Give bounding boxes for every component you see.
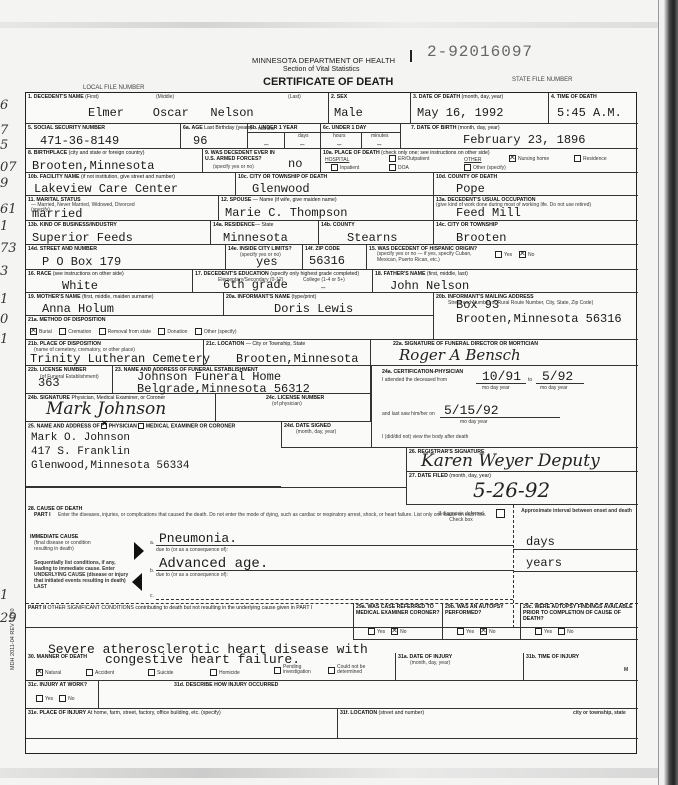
margin-note: 3 bbox=[0, 264, 8, 279]
field-date-of-injury[interactable]: 31a. DATE OF INJURY (month, day, year) bbox=[396, 653, 524, 681]
checkbox[interactable] bbox=[148, 669, 155, 676]
state-number-stamp: 2-92016097 bbox=[427, 43, 533, 61]
due-to-label: due to (or as a consequence of): bbox=[156, 547, 228, 553]
option-residence[interactable]: Residence bbox=[574, 155, 613, 162]
option-doa[interactable]: DOA bbox=[389, 164, 415, 171]
field-race[interactable]: 16. RACE (see instructions on other side… bbox=[26, 270, 193, 293]
label: 14a. RESIDENCE— State bbox=[213, 222, 274, 228]
to-underline bbox=[536, 383, 584, 384]
line-a-letter: a. bbox=[150, 540, 154, 546]
months-label: months bbox=[258, 126, 274, 132]
manner-suicide[interactable]: Suicide bbox=[148, 669, 179, 676]
informant-value: Doris Lewis bbox=[274, 302, 353, 316]
checkbox[interactable] bbox=[389, 155, 396, 162]
label: 1. DECEDENT'S NAME (First) bbox=[28, 94, 99, 100]
checkbox[interactable] bbox=[389, 164, 396, 171]
arrow-left-icon bbox=[132, 573, 142, 591]
scanner-edge bbox=[664, 0, 678, 785]
margin-note: 0 bbox=[0, 312, 8, 327]
attended-label: I attended the deceased from bbox=[382, 377, 447, 383]
label: 20a. INFORMANT'S NAME (type/print) bbox=[226, 294, 316, 300]
field-injury-description[interactable]: 31d. DESCRIBE HOW INJURY OCCURRED bbox=[99, 681, 638, 709]
zip-value: 56316 bbox=[309, 254, 345, 268]
last-seen-value: 5/15/92 bbox=[444, 403, 499, 418]
field-informant-name[interactable]: 20a. INFORMANT'S NAME (type/print) Doris… bbox=[224, 293, 434, 316]
field-physician-signature[interactable]: 24b. SIGNATURE Physician, Medical Examin… bbox=[26, 394, 216, 422]
spouse-value: Marie C. Thompson bbox=[225, 206, 347, 220]
label: 10d. COUNTY OF DEATH bbox=[436, 174, 497, 180]
field-manner-of-death[interactable]: 30. MANNER OF DEATH Natural Accident Sui… bbox=[26, 653, 396, 681]
date-of-death-value: May 16, 1992 bbox=[417, 106, 503, 120]
city-hint: city or township, state bbox=[573, 710, 626, 716]
field-armed-forces[interactable]: 9. WAS DECEDENT EVER IN U.S. ARMED FORCE… bbox=[203, 149, 321, 173]
informant-address-line1: Box 93 bbox=[456, 298, 499, 312]
interval-label: Approximate interval between onset and d… bbox=[519, 508, 634, 514]
manner-pending[interactable]: Pending investigation bbox=[274, 665, 323, 675]
part1-instructions: Enter the diseases, injuries, or complic… bbox=[58, 512, 488, 518]
margin-note: 9 bbox=[0, 176, 8, 191]
field-age[interactable]: 6a. AGE Last Birthday (years) 96 bbox=[181, 124, 248, 149]
findings-options: YesNo bbox=[535, 628, 580, 635]
scan-streak-top bbox=[0, 22, 678, 28]
occupation-value: Feed Mill bbox=[456, 206, 521, 220]
field-under-1-day[interactable]: 6c. UNDER 1 DAY hours minutes – – bbox=[321, 124, 401, 149]
field-father[interactable]: 18. FATHER'S NAME (first, middle, last) … bbox=[373, 270, 638, 293]
hospital-label: HOSPITAL bbox=[325, 157, 349, 163]
field-registrar-signature[interactable]: 26. REGISTRAR'S SIGNATURE Karen Weyer De… bbox=[406, 448, 638, 472]
place-of-disposition-value: Trinity Lutheran Cemetery bbox=[30, 352, 210, 366]
label: 14b. COUNTY bbox=[321, 222, 355, 228]
minutes-value: – bbox=[377, 140, 381, 149]
option-other[interactable]: Other (specify) bbox=[464, 164, 512, 171]
margin-note: 07 bbox=[0, 160, 17, 175]
college-value: – bbox=[321, 283, 325, 292]
label: 31c. INJURY AT WORK? bbox=[28, 682, 87, 688]
manner-homicide[interactable]: Homicide bbox=[210, 669, 246, 676]
label: 18. FATHER'S NAME (first, middle, last) bbox=[375, 271, 468, 277]
field-referred-to-me[interactable]: 29a. WAS CASE REFERRED TO MEDICAL EXAMIN… bbox=[353, 603, 443, 640]
checkbox[interactable] bbox=[274, 667, 281, 674]
disposition-options: Burial Cremation Removal from state Dona… bbox=[30, 328, 243, 335]
license-number-value: 363 bbox=[38, 376, 60, 390]
field-date-signed[interactable]: 24d. DATE SIGNED (month, day, year) bbox=[281, 422, 371, 448]
label: 4. TIME OF DEATH bbox=[551, 94, 597, 100]
death-certificate-form: 1. DECEDENT'S NAME (First) (Middle) (Las… bbox=[25, 92, 637, 754]
part1-label: PART I bbox=[34, 512, 51, 518]
residence-city-value: Brooten bbox=[456, 231, 506, 245]
view-body-label: I (did/did not) view the body after deat… bbox=[382, 434, 468, 440]
state-file-number-label: STATE FILE NUMBER bbox=[512, 77, 572, 83]
header-divider bbox=[410, 50, 412, 62]
hint: (month, day, year) bbox=[296, 429, 336, 435]
field-funeral-establishment[interactable]: 23. NAME AND ADDRESS OF FUNERAL ESTABLIS… bbox=[113, 366, 371, 394]
field-mother[interactable]: 19. MOTHER'S NAME (first, middle, maiden… bbox=[26, 293, 224, 316]
label: 21c. LOCATION — City or Township, State bbox=[206, 341, 305, 347]
minutes-label: minutes bbox=[371, 133, 389, 139]
certifier-name: Mark O. Johnson bbox=[31, 432, 130, 444]
yes-checkbox[interactable] bbox=[535, 628, 542, 635]
field-inside-city-limits[interactable]: 14e. INSIDE CITY LIMITS? (specify yes or… bbox=[226, 245, 303, 270]
yes-checkbox[interactable] bbox=[36, 695, 43, 702]
field-residence-county[interactable]: 14b. COUNTY Stearns bbox=[319, 221, 434, 245]
label: 25. NAME AND ADDRESS OF PHYSICIAN MEDICA… bbox=[28, 423, 235, 429]
education-value: 6th grade bbox=[223, 278, 288, 292]
date-filed-value: 5-26-92 bbox=[473, 478, 550, 502]
yes-checkbox[interactable] bbox=[368, 628, 375, 635]
margin-note: 6 bbox=[0, 98, 8, 113]
checkbox-checked[interactable] bbox=[509, 155, 516, 162]
date-of-birth-value: February 23, 1896 bbox=[463, 133, 585, 147]
field-informant-address[interactable]: 20b. INFORMANT'S MAILING ADDRESS Street … bbox=[434, 293, 638, 340]
label: 2. SEX bbox=[331, 94, 347, 100]
hint: (month, day, year) bbox=[410, 660, 450, 666]
autopsy-options: YesNo bbox=[457, 628, 502, 635]
option-er[interactable]: ER/Outpatient bbox=[389, 155, 435, 162]
scan-streak-bottom bbox=[0, 768, 678, 778]
label: 6a. AGE Last Birthday (years) bbox=[183, 125, 252, 131]
hours-label: hours bbox=[333, 133, 346, 139]
checkbox[interactable] bbox=[331, 164, 338, 171]
line-c bbox=[156, 599, 513, 600]
field-autopsy[interactable]: 29b. WAS AN AUTOPSY PERFORMED? YesNo bbox=[443, 603, 521, 640]
yes-checkbox[interactable] bbox=[457, 628, 464, 635]
interval-a-value: days bbox=[526, 535, 555, 549]
field-place-of-disposition[interactable]: 21b. PLACE OF DISPOSITION (name of cemet… bbox=[26, 340, 204, 366]
label: 29b. WAS AN AUTOPSY PERFORMED? bbox=[445, 604, 519, 616]
field-zip[interactable]: 14f. ZIP CODE 56316 bbox=[303, 245, 367, 270]
certifier-city: Glenwood,Minnesota 56334 bbox=[31, 460, 189, 472]
checkbox-checked[interactable] bbox=[30, 328, 37, 335]
days-label: days bbox=[298, 133, 309, 139]
label: 14c. CITY OR TOWNSHIP bbox=[436, 222, 498, 228]
margin-note: 1 bbox=[0, 292, 8, 307]
field-date-of-birth[interactable]: 7. DATE OF BIRTH (month, day, year) Febr… bbox=[401, 124, 638, 149]
field-date-of-death[interactable]: 3. DATE OF DEATH (month, day, year) May … bbox=[411, 93, 549, 124]
label: 29c. WERE AUTOPSY FINDINGS AVAILABLE PRI… bbox=[523, 604, 635, 622]
inside-city-value: yes bbox=[256, 255, 278, 269]
interval-line-b bbox=[513, 571, 638, 572]
days-value: – bbox=[300, 140, 304, 149]
manner-accident[interactable]: Accident bbox=[86, 669, 120, 676]
field-place-of-injury[interactable]: 31e. PLACE OF INJURY At home, farm, stre… bbox=[26, 709, 338, 739]
county-of-death-value: Pope bbox=[456, 182, 485, 196]
street-value: P O Box 179 bbox=[42, 255, 121, 269]
checkbox[interactable] bbox=[574, 155, 581, 162]
field-disposition-method[interactable]: 21a. METHOD OF DISPOSITION Burial Cremat… bbox=[26, 316, 434, 340]
field-birthplace[interactable]: 8. BIRTHPLACE (city and state or foreign… bbox=[26, 149, 203, 173]
age-value: 96 bbox=[193, 134, 207, 148]
field-county-of-death[interactable]: 10d. COUNTY OF DEATH Pope bbox=[434, 173, 638, 196]
field-physician-license[interactable]: 24c. LICENSE NUMBER (of physician) bbox=[216, 394, 371, 422]
checkbox-checked[interactable] bbox=[36, 669, 43, 676]
label: 6c. UNDER 1 DAY bbox=[323, 125, 366, 131]
option-donation[interactable]: Donation bbox=[158, 329, 193, 335]
field-decedent-name[interactable]: 1. DECEDENT'S NAME (First) (Middle) (Las… bbox=[26, 93, 329, 124]
from-underline bbox=[476, 383, 526, 384]
time-of-death-value: 5:45 A.M. bbox=[557, 106, 622, 120]
manner-undetermined[interactable]: Could not be determined bbox=[328, 665, 383, 675]
label: 31d. DESCRIBE HOW INJURY OCCURRED bbox=[174, 682, 278, 688]
field-residence-city[interactable]: 14c. CITY OR TOWNSHIP Brooten bbox=[434, 221, 638, 245]
checkbox[interactable] bbox=[99, 328, 106, 335]
last-seen-label: and last saw him/her on bbox=[382, 411, 435, 417]
decedent-name-value: Elmer Oscar Nelson bbox=[88, 106, 254, 120]
sequential-hint: Sequentially list conditions, if any, le… bbox=[34, 560, 130, 590]
margin-note: 1 bbox=[0, 219, 8, 234]
interval-b-value: years bbox=[526, 556, 562, 570]
local-file-number-label: LOCAL FILE NUMBER bbox=[83, 85, 144, 91]
label: 8. BIRTHPLACE (city and state or foreign… bbox=[28, 150, 145, 156]
margin-note: 61 bbox=[0, 202, 17, 217]
funeral-director-signature: Roger A Bensch bbox=[399, 346, 521, 364]
race-value: White bbox=[62, 279, 98, 293]
hint: (specify yes or no) bbox=[213, 164, 254, 170]
label: 24a. CERTIFICATION-PHYSICIAN bbox=[382, 369, 463, 375]
field-city-of-death[interactable]: 10c. CITY OR TOWNSHIP OF DEATH Glenwood bbox=[236, 173, 434, 196]
field-injury-location[interactable]: 31f. LOCATION (street and number) city o… bbox=[338, 709, 638, 739]
ssn-value: 471-36-8149 bbox=[40, 134, 119, 148]
no-checkbox-checked[interactable] bbox=[480, 628, 487, 635]
registrar-signature: Karen Weyer Deputy bbox=[421, 451, 600, 471]
disposition-location-value: Brooten,Minnesota bbox=[236, 352, 358, 366]
father-value: John Nelson bbox=[390, 279, 469, 293]
divider bbox=[26, 487, 406, 488]
hispanic-no[interactable]: No bbox=[519, 251, 540, 258]
referred-options: YesNo bbox=[368, 628, 413, 635]
field-injury-at-work[interactable]: 31c. INJURY AT WORK? YesNo bbox=[26, 681, 99, 709]
certificate-title: CERTIFICATE OF DEATH bbox=[263, 76, 393, 88]
hispanic-yes[interactable]: Yes bbox=[495, 251, 518, 258]
option-nursing-home[interactable]: Nursing home bbox=[509, 155, 555, 162]
date-hint: mo day year bbox=[460, 419, 488, 425]
part2-label: PART II OTHER SIGNIFICANT CONDITIONS con… bbox=[28, 605, 312, 611]
meridiem-label: M bbox=[624, 667, 628, 673]
immediate-cause-hint: (final disease or condition resulting in… bbox=[34, 540, 106, 552]
last-seen-underline bbox=[440, 417, 560, 418]
manner-natural[interactable]: Natural bbox=[36, 669, 67, 676]
birthplace-value: Brooten,Minnesota bbox=[32, 159, 154, 173]
margin-note: 7 bbox=[0, 123, 8, 138]
residence-county-value: Stearns bbox=[347, 231, 397, 245]
checkbox[interactable] bbox=[158, 328, 165, 335]
label: 19. MOTHER'S NAME (first, middle, maiden… bbox=[28, 294, 154, 300]
field-certifier[interactable]: 25. NAME AND ADDRESS OF PHYSICIAN MEDICA… bbox=[26, 422, 281, 487]
deferred-label: If diagnosis deferred Check box bbox=[431, 511, 491, 523]
label: 30. MANNER OF DEATH bbox=[28, 654, 87, 660]
option-other[interactable]: Other (specify) bbox=[195, 329, 243, 335]
field-place-of-death[interactable]: 10a. PLACE OF DEATH (check only one; see… bbox=[321, 149, 638, 173]
due-to-label: due to (or as a consequence of): bbox=[156, 572, 228, 578]
label: 12. SPOUSE — Name (if wife, give maiden … bbox=[221, 197, 337, 203]
margin-note: 1 bbox=[0, 588, 8, 603]
checkbox[interactable] bbox=[328, 667, 335, 674]
field-license-number[interactable]: 22b. LICENSE NUMBER (of Funeral Establis… bbox=[26, 366, 113, 394]
sex-value: Male bbox=[334, 106, 363, 120]
other-label: OTHER bbox=[464, 157, 482, 163]
label: 31e. PLACE OF INJURY At home, farm, stre… bbox=[28, 710, 221, 716]
option-inpatient[interactable]: Inpatient bbox=[331, 164, 365, 171]
diagnosis-deferred-checkbox[interactable] bbox=[496, 509, 505, 518]
physician-signature: Mark Johnson bbox=[46, 399, 166, 419]
field-occupation[interactable]: 13a. DECEDENT'S USUAL OCCUPATION (give k… bbox=[434, 196, 638, 221]
hours-value: – bbox=[337, 140, 341, 149]
no-checkbox-checked[interactable] bbox=[391, 628, 398, 635]
residence-state-value: Minnesota bbox=[223, 231, 288, 245]
facility-value: Lakeview Care Center bbox=[34, 182, 178, 196]
checkbox[interactable] bbox=[464, 164, 471, 171]
label: 29a. WAS CASE REFERRED TO MEDICAL EXAMIN… bbox=[356, 604, 442, 616]
label: 5. SOCIAL SECURITY NUMBER bbox=[28, 125, 105, 131]
line-a bbox=[156, 545, 513, 546]
field-business[interactable]: 13b. KIND OF BUSINESS/INDUSTRY Superior … bbox=[26, 221, 211, 245]
physician-checkbox-checked[interactable] bbox=[101, 423, 107, 429]
field-time-of-injury[interactable]: 31b. TIME OF INJURY M bbox=[524, 653, 638, 681]
mother-value: Anna Holum bbox=[42, 302, 114, 316]
field-spouse[interactable]: 12. SPOUSE — Name (if wife, give maiden … bbox=[219, 196, 434, 221]
field-time-of-death[interactable]: 4. TIME OF DEATH 5:45 A.M. bbox=[549, 93, 638, 124]
last-label: (Last) bbox=[288, 94, 301, 100]
form-code: MDH 2011-04 REV 11/90 bbox=[10, 608, 16, 670]
checkbox[interactable] bbox=[86, 669, 93, 676]
informant-address-line2: Brooten,Minnesota 56316 bbox=[456, 312, 622, 326]
section-name: Section of Vital Statistics bbox=[283, 66, 360, 73]
label: 13b. KIND OF BUSINESS/INDUSTRY bbox=[28, 222, 117, 228]
field-hispanic-origin[interactable]: 15. WAS DECEDENT OF HISPANIC ORIGIN? (sp… bbox=[367, 245, 638, 270]
line-b-letter: b. bbox=[150, 568, 154, 574]
field-street[interactable]: 14d. STREET AND NUMBER P O Box 179 bbox=[26, 245, 226, 270]
field-date-filed[interactable]: 27. DATE FILED (month, day, year) 5-26-9… bbox=[406, 472, 638, 505]
label: 31b. TIME OF INJURY bbox=[526, 654, 579, 660]
option-cremation[interactable]: Cremation bbox=[59, 329, 97, 335]
label: 10c. CITY OR TOWNSHIP OF DEATH bbox=[238, 174, 327, 180]
field-education[interactable]: 17. DECEDENT'S EDUCATION (specify only h… bbox=[193, 270, 373, 293]
label: 14f. ZIP CODE bbox=[305, 246, 340, 252]
months-value: – bbox=[264, 140, 268, 149]
field-marital-status[interactable]: 11. MARITAL STATUS — Married, Never Marr… bbox=[26, 196, 219, 221]
certifier-street: 417 S. Franklin bbox=[31, 446, 130, 458]
hint: (specify yes or no — if yes, specify Cub… bbox=[377, 252, 487, 263]
field-autopsy-findings[interactable]: 29c. WERE AUTOPSY FINDINGS AVAILABLE PRI… bbox=[521, 603, 638, 640]
line-b bbox=[156, 570, 513, 571]
checkbox[interactable] bbox=[59, 328, 66, 335]
medical-examiner-checkbox[interactable] bbox=[138, 423, 144, 429]
city-of-death-value: Glenwood bbox=[252, 182, 310, 196]
field-disposition-location[interactable]: 21c. LOCATION — City or Township, State … bbox=[204, 340, 371, 366]
label: 10b. FACILITY NAME (if not institution, … bbox=[28, 174, 175, 180]
to-label: to bbox=[528, 377, 532, 383]
interval-line-a bbox=[513, 549, 638, 550]
date-hint: mo day year bbox=[540, 385, 568, 391]
label: 9. WAS DECEDENT EVER IN U.S. ARMED FORCE… bbox=[205, 150, 285, 162]
attended-from-value: 10/91 bbox=[482, 369, 521, 384]
field-physician-certification[interactable]: 24a. CERTIFICATION-PHYSICIAN I attended … bbox=[371, 366, 638, 448]
middle-label: (Middle) bbox=[156, 94, 174, 100]
label: 21a. METHOD OF DISPOSITION bbox=[28, 317, 106, 323]
checkbox[interactable] bbox=[195, 328, 202, 335]
business-value: Superior Feeds bbox=[32, 231, 133, 245]
hint: (of physician) bbox=[272, 401, 302, 407]
line-c-letter: c. bbox=[150, 593, 154, 599]
field-sex[interactable]: 2. SEX Male bbox=[329, 93, 411, 124]
no-checkbox[interactable] bbox=[558, 628, 565, 635]
no-checkbox[interactable] bbox=[59, 695, 66, 702]
checkbox[interactable] bbox=[495, 251, 502, 258]
immediate-cause-value: Pneumonia. bbox=[159, 531, 237, 546]
label: 31f. LOCATION (street and number) bbox=[340, 710, 424, 716]
field-residence-state[interactable]: 14a. RESIDENCE— State Minnesota bbox=[211, 221, 319, 245]
label: 22b. LICENSE NUMBER bbox=[28, 367, 87, 373]
margin-note: 73 bbox=[0, 241, 17, 256]
margin-note: 5 bbox=[0, 138, 8, 153]
label: 7. DATE OF BIRTH (month, day, year) bbox=[411, 125, 500, 131]
date-hint: mo day year bbox=[482, 385, 510, 391]
field-facility-name[interactable]: 10b. FACILITY NAME (if not institution, … bbox=[26, 173, 236, 196]
arrow-right-icon bbox=[134, 542, 144, 560]
label: 16. RACE (see instructions on other side… bbox=[28, 271, 124, 277]
option-removal[interactable]: Removal from state bbox=[99, 329, 157, 335]
field-ssn[interactable]: 5. SOCIAL SECURITY NUMBER 471-36-8149 bbox=[26, 124, 181, 149]
agency-name: MINNESOTA DEPARTMENT OF HEALTH bbox=[252, 56, 395, 65]
marital-status-value: married bbox=[32, 207, 82, 221]
armed-forces-value: no bbox=[288, 157, 302, 171]
checkbox-checked[interactable] bbox=[519, 251, 526, 258]
field-under-1-year[interactable]: 6b. UNDER 1 YEAR months days – – bbox=[248, 124, 321, 149]
margin-note: 1 bbox=[0, 332, 8, 347]
injury-at-work-options: YesNo bbox=[36, 695, 81, 702]
option-burial[interactable]: Burial bbox=[30, 329, 58, 335]
field-funeral-director-signature[interactable]: 22a. SIGNATURE OF FUNERAL DIRECTOR OR MO… bbox=[371, 340, 638, 366]
checkbox[interactable] bbox=[210, 669, 217, 676]
label: 3. DATE OF DEATH (month, day, year) bbox=[413, 94, 503, 100]
attended-to-value: 5/92 bbox=[542, 369, 573, 384]
label: 14d. STREET AND NUMBER bbox=[28, 246, 97, 252]
